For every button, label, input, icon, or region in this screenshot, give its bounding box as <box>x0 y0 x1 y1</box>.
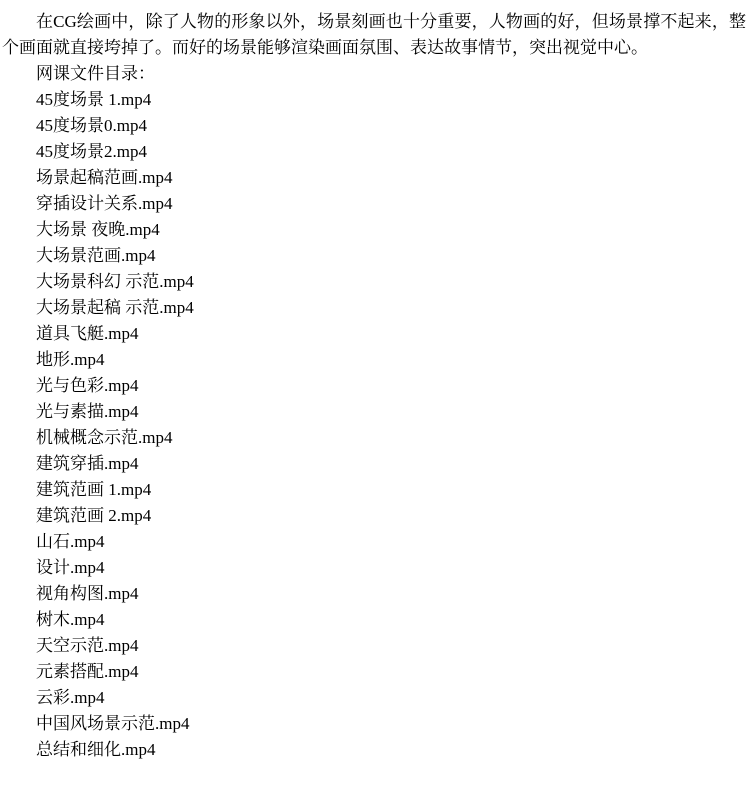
file-list-item: 大场景 夜晚.mp4 <box>2 217 746 243</box>
file-list-item: 45度场景0.mp4 <box>2 113 746 139</box>
document-page: 在CG绘画中，除了人物的形象以外，场景刻画也十分重要，人物画的好，但场景撑不起来… <box>0 0 750 796</box>
file-list-item: 道具飞艇.mp4 <box>2 321 746 347</box>
file-list-item: 场景起稿范画.mp4 <box>2 165 746 191</box>
intro-paragraph: 在CG绘画中，除了人物的形象以外，场景刻画也十分重要，人物画的好，但场景撑不起来… <box>2 9 746 61</box>
file-list-item: 45度场景2.mp4 <box>2 139 746 165</box>
file-list-item: 元素搭配.mp4 <box>2 659 746 685</box>
file-list-item: 建筑范画 2.mp4 <box>2 503 746 529</box>
file-list-item: 机械概念示范.mp4 <box>2 425 746 451</box>
file-list-item: 45度场景 1.mp4 <box>2 87 746 113</box>
file-list: 45度场景 1.mp445度场景0.mp445度场景2.mp4场景起稿范画.mp… <box>2 87 746 763</box>
catalog-heading: 网课文件目录： <box>2 61 746 87</box>
file-list-item: 云彩.mp4 <box>2 685 746 711</box>
file-list-item: 地形.mp4 <box>2 347 746 373</box>
file-list-item: 光与素描.mp4 <box>2 399 746 425</box>
file-list-item: 天空示范.mp4 <box>2 633 746 659</box>
file-list-item: 大场景科幻 示范.mp4 <box>2 269 746 295</box>
file-list-item: 大场景范画.mp4 <box>2 243 746 269</box>
file-list-item: 建筑穿插.mp4 <box>2 451 746 477</box>
file-list-item: 树木.mp4 <box>2 607 746 633</box>
file-list-item: 总结和细化.mp4 <box>2 737 746 763</box>
file-list-item: 山石.mp4 <box>2 529 746 555</box>
file-list-item: 大场景起稿 示范.mp4 <box>2 295 746 321</box>
file-list-item: 设计.mp4 <box>2 555 746 581</box>
file-list-item: 建筑范画 1.mp4 <box>2 477 746 503</box>
file-list-item: 光与色彩.mp4 <box>2 373 746 399</box>
file-list-item: 视角构图.mp4 <box>2 581 746 607</box>
file-list-item: 穿插设计关系.mp4 <box>2 191 746 217</box>
file-list-item: 中国风场景示范.mp4 <box>2 711 746 737</box>
